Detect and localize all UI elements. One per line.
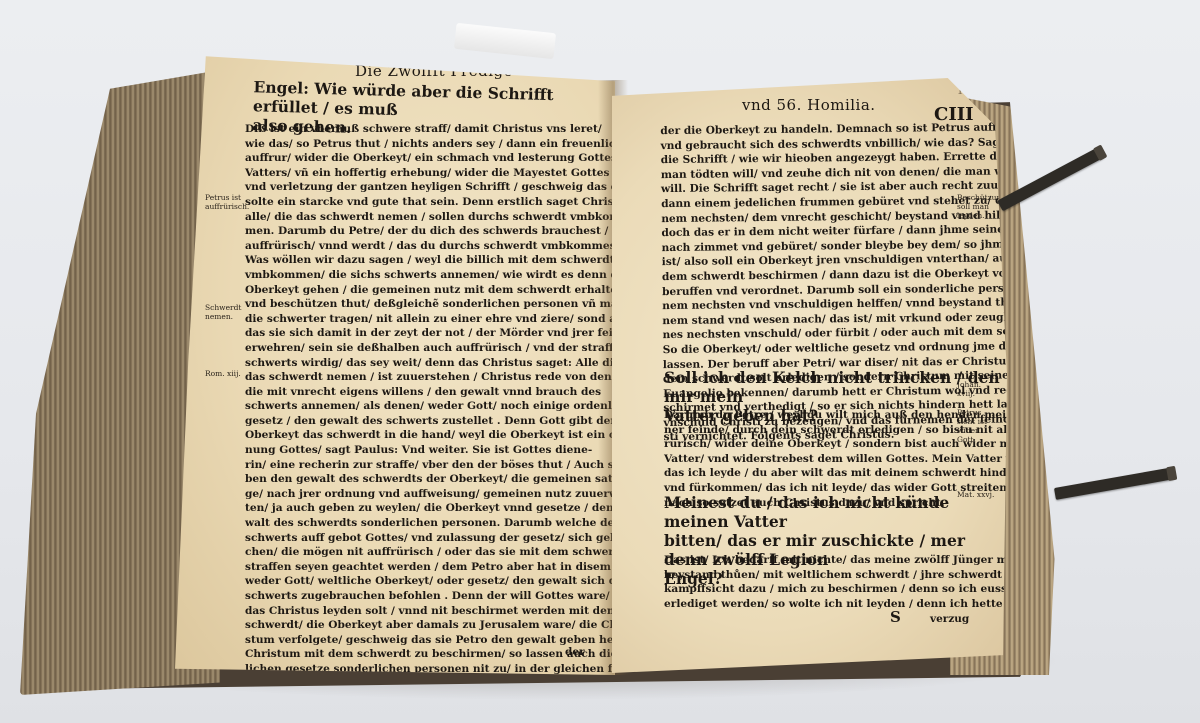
- text-line: ner feinde/ durch dein schwerdt erledige…: [664, 423, 1007, 438]
- text-line: vnd verletzung der gantzen heyligen Schr…: [245, 180, 615, 195]
- right-catchword: verzug: [930, 613, 969, 625]
- margin-note: Schwerdt nemen.: [205, 303, 245, 321]
- signature-mark: S: [890, 608, 901, 626]
- text-line: men. Darumb du Petre/ der du dich des sc…: [245, 224, 615, 239]
- text-line: ge/ nach jrer ordnung vnd auffweisung/ g…: [245, 487, 615, 502]
- text-line: solte ein starcke vnd gute that sein. De…: [245, 195, 615, 210]
- paper-bookmark: [454, 23, 556, 59]
- right-body-text-3: Das ist/ Ich bedarff mit nichte/ das mei…: [664, 553, 1007, 611]
- text-line: chen/ die mögen nit auffrürisch / oder d…: [245, 545, 615, 560]
- text-line: ben den gewalt des schwerdts der Oberkey…: [245, 472, 615, 487]
- text-line: vmbkommen/ die sichs schwerts annemen/ w…: [245, 268, 615, 283]
- text-line: Vatter/ vnd widerstrebest dem willen Got…: [664, 452, 1007, 467]
- margin-note: Beschützung soll man leyden.: [957, 193, 999, 220]
- text-line: das sie sich damit in der zeyt der not /…: [245, 326, 615, 341]
- text-line: Diß ist ein vberauß schwere straff/ dami…: [245, 122, 615, 137]
- text-line: schwerts annemen/ als denen/ weder Gott/…: [245, 399, 615, 414]
- text-line: weder Gott/ weltliche Oberkeyt/ oder ges…: [245, 574, 615, 589]
- heading-line: Soll ich den Kelch nicht trincken / den …: [664, 368, 1007, 406]
- text-line: beystand thůen/ mit weltlichem schwerdt …: [664, 568, 1007, 583]
- right-page: 103 vnd 56. Homilia. CIII der die Oberke…: [612, 78, 1007, 673]
- text-line: schwerts zugebrauchen befohlen . Denn de…: [245, 589, 615, 604]
- text-line: wie das/ so Petrus thut / nichts anders …: [245, 137, 615, 152]
- text-line: schwerdt/ die Oberkeyt aber damals zu Je…: [245, 618, 615, 633]
- margin-note: Johan. xviij.: [957, 380, 999, 398]
- clasp-end: [1093, 144, 1108, 161]
- folio-arabic: 103: [957, 86, 976, 97]
- text-line: schwerts auff gebot Gottes/ vnd zulassun…: [245, 531, 615, 546]
- photo-scene: Die Zwölfft Predige Engel: Wie würde abe…: [0, 0, 1200, 723]
- text-line: auffrur/ wider die Oberkeyt/ ein schmach…: [245, 151, 615, 166]
- text-line: das ich leyde / du aber wilt das mit dei…: [664, 466, 1007, 481]
- text-line: nung Gottes/ sagt Paulus: Vnd weiter. Si…: [245, 443, 615, 458]
- text-line: erwehren/ sein sie deßhalben auch auffrü…: [245, 341, 615, 356]
- margin-note: Petrus ist auffrürisch.: [205, 193, 245, 211]
- margin-note: Mat. xxvj.: [957, 490, 999, 499]
- text-line: die schwerter tragen/ nit allein zu eine…: [245, 312, 615, 327]
- left-running-head: Die Zwölfft Predige: [355, 62, 513, 80]
- text-line: Das ist/ Ich bedarff mit nichte/ das mei…: [664, 553, 1007, 568]
- text-line: Was wöllen wir dazu sagen / weyl die bil…: [245, 253, 615, 268]
- margin-note: Rom. xiij.: [205, 369, 245, 378]
- text-line: stum verfolgete/ geschweig das sie Petro…: [245, 633, 615, 648]
- left-body-text: Diß ist ein vberauß schwere straff/ dami…: [245, 122, 615, 675]
- text-line: gesetz / den gewalt des schwerts zustell…: [245, 414, 615, 429]
- right-running-head: vnd 56. Homilia.: [742, 96, 876, 114]
- clasp-end: [1166, 466, 1177, 481]
- text-line: erlediget werden/ so wolte ich nit leyde…: [664, 597, 1007, 612]
- text-line: walt des schwerdts sonderlichen personen…: [245, 516, 615, 531]
- text-line: kampffsicht dazu / mich zu beschirmen / …: [664, 582, 1007, 597]
- text-line: das schwerdt nemen / ist zuuerstehen / C…: [245, 370, 615, 385]
- text-line: straffen seyen geachtet werden / dem Pet…: [245, 560, 615, 575]
- text-line: das Christus leyden solt / vnnd nit besc…: [245, 604, 615, 619]
- text-line: Oberkeyt das schwerdt in die hand/ weyl …: [245, 428, 615, 443]
- left-catchword: der: [565, 646, 585, 658]
- text-line: Christum mit dem schwerdt zu beschirmen/…: [245, 647, 615, 662]
- text-line: schwerts wirdig/ das sey weit/ denn das …: [245, 356, 615, 371]
- text-line: ten/ ja auch geben zu weylen/ die Oberke…: [245, 501, 615, 516]
- text-line: Darumb du Petre / weyl du wilt mich auß …: [664, 408, 1007, 423]
- text-line: Vatters/ vñ ein hoffertig erhebung/ wide…: [245, 166, 615, 181]
- left-page: Die Zwölfft Predige Engel: Wie würde abe…: [175, 50, 615, 675]
- text-line: rürisch/ wider deine Oberkeyt / sondern …: [664, 437, 1007, 452]
- text-line: vnd beschützen thut/ deßgleichẽ sonderli…: [245, 297, 615, 312]
- text-line: die mit vnrecht eigens willens / den gew…: [245, 385, 615, 400]
- heading-line: Meinest du / das ich nicht künde meinen …: [664, 493, 1007, 531]
- text-line: Oberkeyt gehen / die gemeinen nutz mit d…: [245, 283, 615, 298]
- text-line: auffrürisch/ vnnd werdt / das du durchs …: [245, 239, 615, 254]
- text-line: rin/ eine recherin zur straffe/ vber den…: [245, 458, 615, 473]
- margin-note: Petrus sicht ist wider Gott.: [957, 408, 999, 444]
- clasp-bottom: [1054, 467, 1174, 500]
- text-line: alle/ die das schwerdt nemen / sollen du…: [245, 210, 615, 225]
